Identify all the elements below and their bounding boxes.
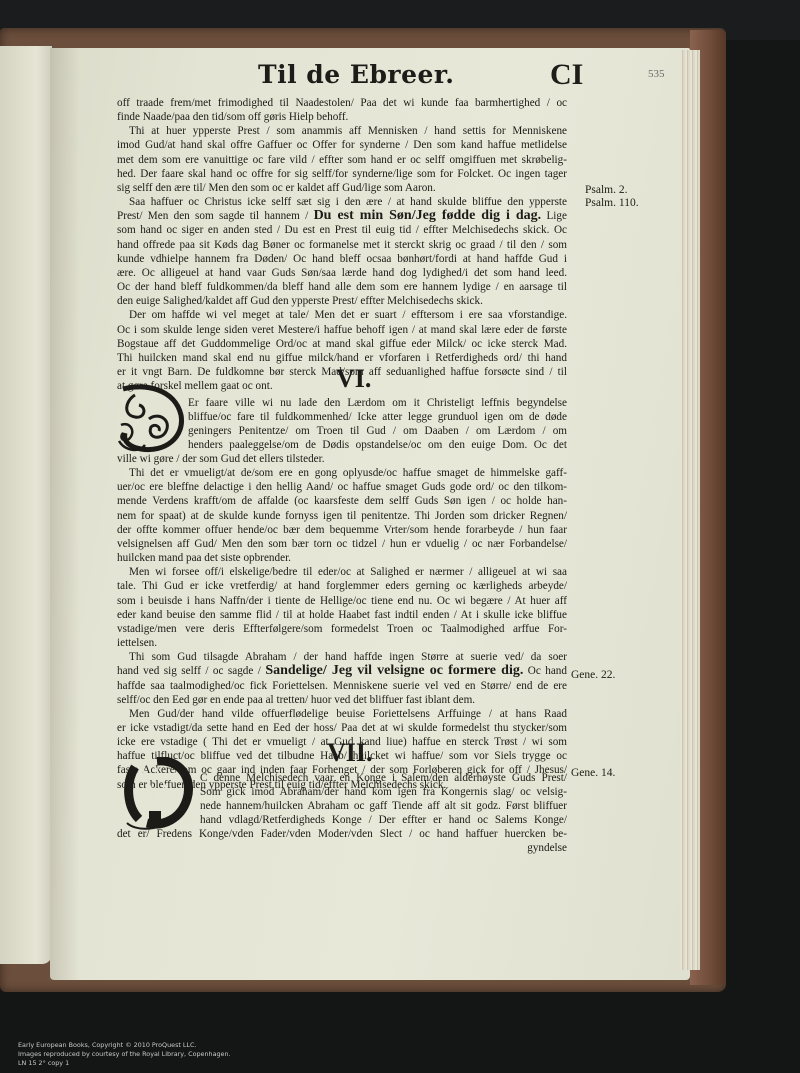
text-line: imod Gud/at hand skal offre Gaffuer oc O… — [117, 138, 567, 152]
text-line: bliffue/oc fare til fuldkommenhed/ Icke … — [188, 410, 567, 424]
margin-note: Gene. 22. — [571, 669, 615, 681]
text-block-top: off traade frem/met frimodighed til Naad… — [117, 96, 567, 393]
text-line: henders paaleggelse/om de Dødis opstande… — [188, 438, 567, 452]
text-line: Bogstaue aff det Guddommelige Ord/oc at … — [117, 337, 567, 351]
text-line: eder kand beuise den samme flid / til at… — [117, 608, 567, 622]
text-line: Men wi forsee off/i elskelige/bedre til … — [117, 565, 567, 579]
text-line: nede hannem/huilcken Abraham oc gaff Tie… — [200, 799, 567, 813]
page-fore-edge — [680, 50, 700, 970]
text-line: Oc i som skulde lenge siden veret Mester… — [117, 323, 567, 337]
scripture-quote: Du est min Søn/Jeg fødde dig i dag. — [314, 209, 542, 223]
text-line: C denne Melchisedech vaar en Konge i Sal… — [200, 771, 567, 785]
text-line: den euige Salighed/kaldet aff Gud den yp… — [117, 294, 567, 308]
margin-note: Gene. 14. — [571, 767, 615, 779]
text-line: off traade frem/met frimodighed til Naad… — [117, 96, 567, 110]
text-line: met dem som ere vanuittige oc fare vild … — [117, 153, 567, 167]
text-line: nem for spaat) at de skulde kunde fornys… — [117, 509, 567, 523]
text-line: huilcken mand paa det siste opbrender. — [117, 551, 567, 565]
text-line: Der om haffde wi vel meget at tale/ Men … — [117, 308, 567, 322]
copyright-footer: Early European Books, Copyright © 2010 P… — [18, 1041, 231, 1067]
text-line: hand vdlagd/Retferdigheds Konge / Der ef… — [200, 813, 567, 827]
text-line: Prest/ Men den som sagde til hannem / Du… — [117, 209, 567, 223]
page-gutter-shadow — [50, 48, 80, 980]
text-line: som i beuisde i hans Naffn/der i tiente … — [117, 594, 567, 608]
footer-courtesy: Images reproduced by courtesy of the Roy… — [18, 1050, 231, 1059]
text-line: det er/ Fredens Konge/vden Fader/vden Mo… — [117, 827, 567, 841]
section-number-vi: VI. — [336, 364, 371, 394]
text-line: geningers Penitentze/ om Troen til Gud /… — [188, 424, 567, 438]
text-line: hand ved sig selff / oc sagde / Sandelig… — [117, 664, 567, 678]
text-line: finde Naade/paa den tid/som off gøris Hi… — [117, 110, 567, 124]
text-line: hed. Der faare skal hand oc offre for si… — [117, 167, 567, 181]
text-line: vstadige/men vere deris Effterfølgere/so… — [117, 622, 567, 636]
text-line: ville wi gøre / der som Gud det ellers t… — [117, 452, 567, 466]
decorated-initial-d-icon — [115, 381, 187, 455]
text-line: der offte kommer offuer hende/oc bær dem… — [117, 523, 567, 537]
text-line: iettelsen. — [117, 636, 567, 650]
text-line: hand offrede paa sit Køds dag Bøner oc f… — [117, 238, 567, 252]
text-line: tale. Thi Gud er icke vretferdig/ at han… — [117, 579, 567, 593]
section-vii-text: det er/ Fredens Konge/vden Fader/vden Mo… — [117, 827, 567, 855]
footer-copyright: Early European Books, Copyright © 2010 P… — [18, 1041, 231, 1050]
left-page-edge — [0, 46, 52, 964]
running-title: Til de Ebreer. — [258, 60, 455, 89]
section-vii-drop-text: C denne Melchisedech vaar en Konge i Sal… — [200, 771, 567, 828]
text-line: Men Gud/der hand vilde offuerflødelige b… — [117, 707, 567, 721]
text-line: Saa haffuer oc Christus icke selff sæt s… — [117, 195, 567, 209]
text-line: Som gick imod Abraham/der hand kom igen … — [200, 785, 567, 799]
text-line: uer/oc ere bleffne delactige i den helli… — [117, 480, 567, 494]
text-line: som hand oc siger en anden sted / Du est… — [117, 223, 567, 237]
text-line: er icke vstadigt/da sette hand en Eed de… — [117, 721, 567, 735]
margin-note: Psalm. 110. — [585, 197, 639, 209]
section-vi-drop-text: Er faare ville wi nu lade den Lærdom om … — [188, 396, 567, 453]
text-line: sig selff den ære til/ Men den som oc er… — [117, 181, 567, 195]
text-line: Thi huilcken mand skal end nu giffue mil… — [117, 351, 567, 365]
scripture-quote: Sandelige/ Jeg vil velsigne oc formere d… — [265, 664, 523, 678]
text-line: gyndelse — [117, 841, 567, 855]
text-line: Oc der hand bleff fuldkommen/da bleff ha… — [117, 280, 567, 294]
section-number-vii: VII. — [327, 738, 373, 768]
text-line: Er faare ville wi nu lade den Lærdom om … — [188, 396, 567, 410]
text-line: Thi at huer ypperste Prest / som anammis… — [117, 124, 567, 138]
text-line: ære. Oc alligeuel at hand vaar Guds Søn/… — [117, 266, 567, 280]
margin-note: Psalm. 2. — [585, 184, 628, 196]
text-line: haffde saa taalmodighed/oc fick Foriette… — [117, 679, 567, 693]
text-line: selff/oc den Eed gør en ende paa al tret… — [117, 693, 567, 707]
text-line: mende Verdens krafft/om de affalde (oc k… — [117, 494, 567, 508]
text-line: kunde vdhielpe hannem fra Døden/ Oc hand… — [117, 252, 567, 266]
text-line: Thi som Gud tilsagde Abraham / der hand … — [117, 650, 567, 664]
folio-number: CI — [550, 58, 583, 92]
manuscript-page-number: 535 — [648, 68, 665, 80]
text-line: Thi det er vmueligt/at de/som ere en gon… — [117, 466, 567, 480]
decorated-initial-o-icon — [123, 757, 195, 831]
footer-shelfmark: LN 15 2° copy 1 — [18, 1059, 231, 1068]
text-line: velsignelsen aff Gud/ Men den som bær to… — [117, 537, 567, 551]
